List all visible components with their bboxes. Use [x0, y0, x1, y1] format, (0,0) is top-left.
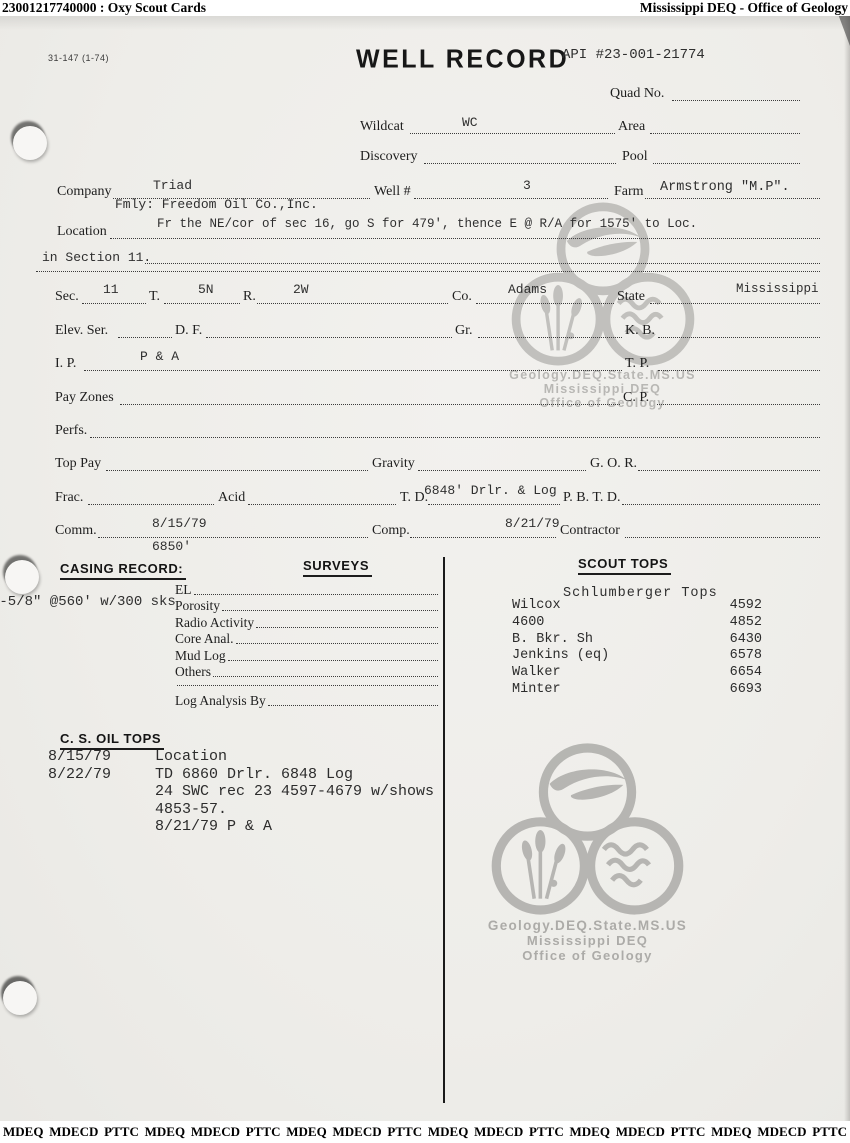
- value-range: 2W: [293, 282, 309, 297]
- survey-item: Core Anal.: [175, 631, 438, 647]
- oil-tops-entry: 24 SWC rec 23 4597-4679 w/shows: [48, 783, 448, 801]
- footer-token: PTTC: [387, 1124, 422, 1140]
- dotted-line: [268, 705, 438, 706]
- scout-tops-table: Wilcox4592 46004852 B. Bkr. Sh6430 Jenki…: [512, 598, 762, 699]
- label-contractor: Contractor: [560, 523, 620, 539]
- label-discovery: Discovery: [360, 149, 418, 165]
- footer-token: MDEQ: [711, 1124, 751, 1140]
- label-comm: Comm.: [55, 523, 97, 539]
- scout-top-depth: 6693: [730, 682, 762, 699]
- value-comm-depth: 6850': [152, 539, 191, 554]
- value-county: Adams: [508, 282, 547, 297]
- dotted-line: [256, 627, 438, 628]
- survey-item-label: Radio Activity: [175, 615, 254, 631]
- scout-top-depth: 6430: [730, 632, 762, 649]
- surveys-heading: SURVEYS: [303, 558, 372, 577]
- label-township: T.: [149, 289, 160, 305]
- dotted-line: [672, 100, 800, 101]
- scout-top-depth: 6578: [730, 648, 762, 665]
- dotted-line: [90, 437, 820, 438]
- label-well-number: Well #: [374, 184, 411, 200]
- scout-top-row: Jenkins (eq)6578: [512, 648, 762, 665]
- label-pool: Pool: [622, 149, 648, 165]
- footer-token: MDEQ: [3, 1124, 43, 1140]
- label-gr: Gr.: [455, 323, 473, 339]
- viewer-footer-bar: MDEQ MDECD PTTC MDEQ MDECD PTTC MDEQ MDE…: [0, 1121, 850, 1143]
- oil-tops-text: 24 SWC rec 23 4597-4679 w/shows: [155, 783, 434, 801]
- scout-tops-heading: SCOUT TOPS: [578, 556, 671, 575]
- footer-token: PTTC: [671, 1124, 706, 1140]
- casing-record-heading: CASING RECORD:: [60, 561, 186, 580]
- label-kb: K. B.: [625, 323, 655, 339]
- dotted-line: [236, 643, 439, 644]
- survey-item-label: Core Anal.: [175, 631, 234, 647]
- oil-tops-entry: 8/22/79TD 6860 Drlr. 6848 Log: [48, 766, 448, 784]
- value-well-number: 3: [523, 178, 531, 193]
- footer-token: MDEQ: [145, 1124, 185, 1140]
- survey-item: Mud Log: [175, 648, 438, 664]
- survey-item: Radio Activity: [175, 615, 438, 631]
- survey-item-label: Porosity: [175, 598, 220, 614]
- watermark-url-text: Geology.DEQ.State.MS.US: [488, 918, 687, 933]
- survey-item: [175, 685, 438, 689]
- footer-token: MDEQ: [286, 1124, 326, 1140]
- value-farm: Armstrong "M.P".: [660, 180, 790, 195]
- scout-top-name: 4600: [512, 615, 544, 632]
- scan-right-edge-shading: [844, 16, 850, 1121]
- scout-top-row: Walker6654: [512, 665, 762, 682]
- dotted-line: [98, 537, 368, 538]
- dotted-line: [222, 610, 438, 611]
- survey-item-label: Others: [175, 664, 211, 680]
- dotted-line: [145, 263, 820, 264]
- label-county: Co.: [452, 289, 472, 305]
- oil-tops-table: 8/15/79Location 8/22/79TD 6860 Drlr. 684…: [48, 748, 448, 836]
- oil-tops-entry: 8/15/79Location: [48, 748, 448, 766]
- value-ip: P & A: [140, 349, 179, 364]
- label-sec: Sec.: [55, 289, 79, 305]
- label-location: Location: [57, 224, 107, 240]
- dotted-line: [650, 303, 820, 304]
- survey-item: Log Analysis By: [175, 693, 438, 709]
- dotted-line: [120, 404, 620, 405]
- scout-top-depth: 4852: [730, 615, 762, 632]
- label-acid: Acid: [218, 490, 245, 506]
- dotted-line: [36, 271, 820, 272]
- scout-top-name: Walker: [512, 665, 561, 682]
- label-perfs: Perfs.: [55, 423, 87, 439]
- footer-token: MDEQ: [428, 1124, 468, 1140]
- label-gor: G. O. R.: [590, 456, 637, 472]
- dotted-line: [478, 337, 622, 338]
- survey-item: Others: [175, 664, 438, 680]
- deq-watermark-upper: Geology.DEQ.State.MS.US Mississippi DEQ …: [495, 202, 710, 410]
- label-quad-no: Quad No.: [610, 86, 664, 102]
- survey-item: Porosity: [175, 598, 438, 614]
- oil-tops-text: TD 6860 Drlr. 6848 Log: [155, 766, 353, 784]
- value-township: 5N: [198, 282, 214, 297]
- value-state: Mississippi: [736, 282, 819, 296]
- dotted-line: [658, 370, 820, 371]
- scout-top-row: Minter6693: [512, 682, 762, 699]
- survey-item-label: Log Analysis By: [175, 693, 266, 709]
- deq-logo-icon: [485, 742, 690, 918]
- scout-top-name: Minter: [512, 682, 561, 699]
- footer-token: PTTC: [246, 1124, 281, 1140]
- label-state: State: [617, 289, 645, 305]
- dotted-line: [428, 504, 560, 505]
- footer-token: MDECD: [757, 1124, 806, 1140]
- dotted-line: [410, 133, 615, 134]
- dotted-line: [645, 198, 820, 199]
- label-pay-zones: Pay Zones: [55, 390, 114, 406]
- scanned-well-record-page: Geology.DEQ.State.MS.US Mississippi DEQ …: [0, 16, 850, 1121]
- oil-tops-entry: 8/21/79 P & A: [48, 818, 448, 836]
- dotted-line: [418, 470, 586, 471]
- scout-top-name: Wilcox: [512, 598, 561, 615]
- label-top-pay: Top Pay: [55, 456, 101, 472]
- oil-tops-text: 4853-57.: [155, 801, 227, 819]
- document-id-title: 23001217740000 : Oxy Scout Cards: [2, 0, 206, 16]
- dotted-line: [213, 676, 438, 677]
- dotted-line: [650, 133, 800, 134]
- dotted-line: [82, 303, 146, 304]
- footer-token: MDECD: [333, 1124, 382, 1140]
- oil-tops-date: [48, 818, 155, 836]
- oil-tops-date: [48, 801, 155, 819]
- footer-token: MDECD: [49, 1124, 98, 1140]
- scan-top-edge-shading: [0, 16, 850, 30]
- footer-token: PTTC: [104, 1124, 139, 1140]
- dotted-line: [476, 303, 614, 304]
- dotted-line: [658, 337, 820, 338]
- footer-token: PTTC: [812, 1124, 847, 1140]
- label-pbtd: P. B. T. D.: [563, 490, 620, 506]
- api-number: API #23-001-21774: [562, 47, 705, 63]
- dotted-line: [410, 537, 556, 538]
- footer-token: MDEQ: [570, 1124, 610, 1140]
- value-sec: 11: [103, 282, 119, 297]
- oil-tops-text: Location: [155, 748, 227, 766]
- label-area: Area: [618, 119, 645, 135]
- watermark-org-text: Mississippi DEQ: [527, 933, 648, 948]
- dotted-line: [88, 504, 214, 505]
- dotted-line: [622, 504, 820, 505]
- dotted-line: [625, 537, 820, 538]
- dotted-line: [106, 470, 368, 471]
- viewer-header-bar: 23001217740000 : Oxy Scout Cards Mississ…: [0, 0, 850, 16]
- label-wildcat: Wildcat: [360, 119, 404, 135]
- scout-tops-subheading: Schlumberger Tops: [563, 586, 718, 601]
- dotted-line: [657, 404, 820, 405]
- label-gravity: Gravity: [372, 456, 415, 472]
- footer-token: MDECD: [474, 1124, 523, 1140]
- dotted-line: [257, 303, 448, 304]
- label-tp: T. P.: [625, 356, 649, 372]
- label-frac: Frac.: [55, 490, 83, 506]
- dotted-line: [424, 163, 616, 164]
- deq-watermark-lower: Geology.DEQ.State.MS.US Mississippi DEQ …: [480, 742, 695, 963]
- dotted-line: [248, 504, 396, 505]
- value-wildcat: WC: [462, 115, 478, 130]
- dotted-line: [177, 685, 438, 686]
- scout-top-depth: 4592: [730, 598, 762, 615]
- watermark-office-text: Office of Geology: [522, 948, 652, 963]
- scout-top-name: Jenkins (eq): [512, 648, 609, 665]
- dotted-line: [653, 163, 800, 164]
- form-number: 31-147 (1-74): [48, 53, 109, 63]
- value-td: 6848' Drlr. & Log: [424, 483, 557, 498]
- value-comp-date: 8/21/79: [505, 516, 560, 531]
- label-df: D. F.: [175, 323, 202, 339]
- dotted-line: [164, 303, 240, 304]
- footer-token: PTTC: [529, 1124, 564, 1140]
- casing-entry: 8-5/8" @560' w/300 sks: [0, 594, 176, 610]
- dotted-line: [110, 238, 820, 239]
- oil-tops-entry: 4853-57.: [48, 801, 448, 819]
- dotted-line: [638, 470, 820, 471]
- oil-tops-date: 8/15/79: [48, 748, 155, 766]
- label-company: Company: [57, 184, 111, 200]
- oil-tops-text: 8/21/79 P & A: [155, 818, 272, 836]
- oil-tops-date: 8/22/79: [48, 766, 155, 784]
- survey-item: EL: [175, 582, 438, 598]
- footer-token: MDECD: [191, 1124, 240, 1140]
- dotted-line: [228, 660, 438, 661]
- value-company-formerly: Fmly: Freedom Oil Co.,Inc.: [115, 197, 318, 212]
- scout-top-depth: 6654: [730, 665, 762, 682]
- dotted-line: [194, 594, 439, 595]
- label-farm: Farm: [614, 184, 644, 200]
- dotted-line: [414, 198, 608, 199]
- footer-token: MDECD: [616, 1124, 665, 1140]
- value-comm-date: 8/15/79: [152, 516, 207, 531]
- dotted-line: [84, 370, 622, 371]
- dotted-line: [206, 337, 452, 338]
- scout-top-row: B. Bkr. Sh6430: [512, 632, 762, 649]
- oil-tops-heading: C. S. OIL TOPS: [60, 731, 164, 750]
- value-location: Fr the NE/cor of sec 16, go S for 479', …: [157, 217, 697, 231]
- page-title: WELL RECORD: [356, 44, 569, 74]
- value-location-2: in Section 11.: [42, 250, 151, 265]
- survey-item-label: EL: [175, 582, 192, 598]
- label-elev-ser: Elev. Ser.: [55, 323, 108, 339]
- label-cp: C. P.: [623, 390, 649, 406]
- label-range: R.: [243, 289, 256, 305]
- oil-tops-date: [48, 783, 155, 801]
- agency-title: Mississippi DEQ - Office of Geology: [640, 0, 848, 16]
- label-ip: I. P.: [55, 356, 76, 372]
- survey-item-label: Mud Log: [175, 648, 226, 664]
- label-comp: Comp.: [372, 523, 410, 539]
- dotted-line: [118, 337, 172, 338]
- scout-top-row: 46004852: [512, 615, 762, 632]
- scout-top-name: B. Bkr. Sh: [512, 632, 593, 649]
- value-company: Triad: [153, 178, 192, 193]
